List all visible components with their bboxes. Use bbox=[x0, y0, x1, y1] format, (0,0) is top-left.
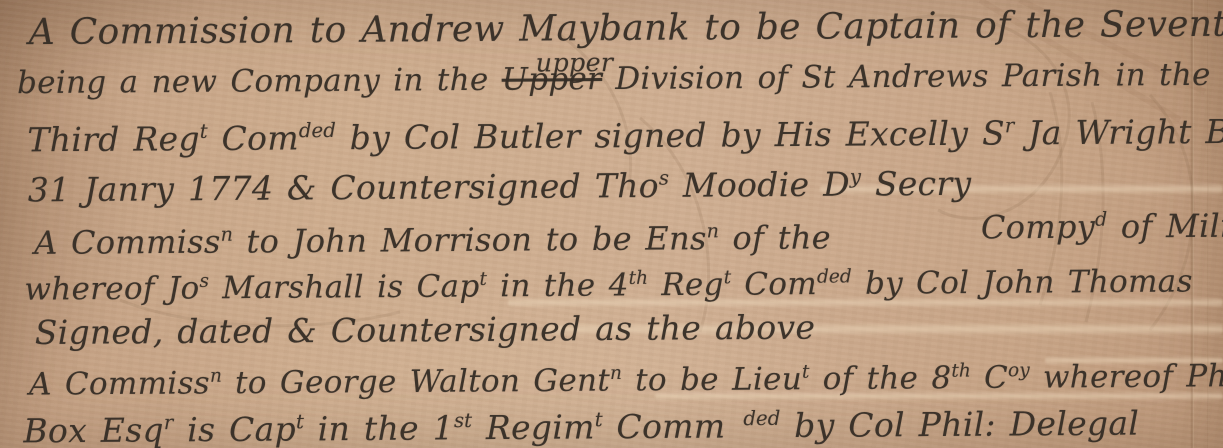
manuscript-line-6: whereof Jos Marshall is Capt in the 4th … bbox=[24, 252, 1193, 313]
handwriting-segment: by Col Phil: Delegal bbox=[780, 404, 1139, 446]
handwriting-segment: 31 Janry 1774 & Countersigned Tho bbox=[28, 166, 659, 209]
handwriting-segment: Reg bbox=[648, 267, 724, 304]
handwriting-segment: in the 1 bbox=[304, 408, 454, 448]
handwriting-segment: Marshall is Cap bbox=[209, 268, 480, 306]
handwriting-segment: Moodie D bbox=[669, 165, 850, 205]
superscript-abbreviation: r bbox=[164, 411, 174, 434]
superscript-abbreviation: y bbox=[850, 165, 861, 188]
manuscript-line-3: Third Regt Comded by Col Butler signed b… bbox=[27, 101, 1223, 163]
handwriting-segment: Signed, dated & Countersigned as the abo… bbox=[35, 308, 816, 352]
manuscript-line-9: Box Esqr is Capt in the 1st Regimt Commd… bbox=[23, 393, 1139, 448]
superscript-abbreviation: n bbox=[610, 363, 622, 384]
superscript-abbreviation: t bbox=[724, 267, 732, 288]
manuscript-page: A Commission to Andrew Maybank to be Cap… bbox=[0, 0, 1223, 448]
superscript-abbreviation: s bbox=[199, 271, 209, 292]
inline-correction: upperUpper bbox=[502, 56, 603, 103]
superscript-abbreviation: ded bbox=[743, 407, 780, 430]
superscript-abbreviation: n bbox=[210, 366, 222, 387]
handwriting-segment: by Col John Thomas bbox=[852, 263, 1193, 301]
manuscript-line-4: 31 Janry 1774 & Countersigned Thos Moodi… bbox=[28, 153, 972, 213]
manuscript-line-2: being a new Company in the upperUpper Di… bbox=[17, 52, 1211, 106]
handwriting-segment: C bbox=[971, 360, 1008, 396]
superscript-abbreviation: d bbox=[1095, 208, 1107, 231]
superscript-abbreviation: th bbox=[951, 360, 971, 381]
handwritten-text-block: A Commission to Andrew Maybank to be Cap… bbox=[0, 0, 1223, 448]
superscript-abbreviation: th bbox=[629, 268, 649, 289]
superscript-abbreviation: oy bbox=[1008, 360, 1030, 381]
handwriting-segment: Comm bbox=[603, 406, 726, 446]
handwriting-segment: Third Reg bbox=[27, 119, 200, 159]
superscript-abbreviation: n bbox=[707, 219, 720, 242]
handwriting-segment: Com bbox=[208, 118, 299, 158]
handwriting-segment: being a new Company in the bbox=[17, 62, 502, 101]
handwriting-segment: Com bbox=[731, 266, 817, 303]
superscript-abbreviation: st bbox=[454, 409, 472, 432]
superscript-abbreviation: t bbox=[296, 410, 304, 433]
handwriting-segment: Regim bbox=[472, 407, 595, 447]
superscript-abbreviation: s bbox=[659, 167, 669, 190]
manuscript-line-7: Signed, dated & Countersigned as the abo… bbox=[35, 305, 816, 356]
handwriting-segment: of the 8 bbox=[809, 360, 951, 397]
handwriting-segment: Secry bbox=[861, 164, 972, 204]
handwriting-segment: Division of St Andrews Parish in the bbox=[602, 57, 1211, 97]
handwriting-segment: whereof Jo bbox=[24, 270, 199, 307]
handwriting-segment: by Col Butler signed by His Excelly S bbox=[336, 114, 1005, 158]
handwriting-segment: to John Morrison to be Ens bbox=[233, 219, 707, 260]
handwriting-segment: is Cap bbox=[173, 409, 296, 448]
blank-space bbox=[831, 247, 981, 248]
manuscript-line-1: A Commission to Andrew Maybank to be Cap… bbox=[28, 2, 1223, 57]
handwriting-segment: to George Walton Gent bbox=[222, 363, 610, 402]
handwriting-segment: whereof Philip bbox=[1030, 358, 1223, 396]
superscript-abbreviation: ded bbox=[299, 119, 336, 142]
superscript-abbreviation: t bbox=[479, 269, 487, 290]
handwriting-segment: Ja Wright Bar bbox=[1014, 112, 1223, 153]
handwriting-segment: Compy bbox=[981, 208, 1095, 247]
handwriting-segment: A Commiss bbox=[34, 223, 221, 262]
superscript-abbreviation: ded bbox=[817, 266, 852, 287]
handwriting-segment: A Commiss bbox=[29, 365, 210, 402]
superscript-abbreviation: r bbox=[1005, 114, 1015, 137]
handwriting-segment: of Militia bbox=[1107, 206, 1223, 245]
handwriting-segment: in the 4 bbox=[487, 267, 629, 304]
handwriting-segment: to be Lieu bbox=[622, 361, 802, 398]
handwriting-segment: Box Esq bbox=[23, 410, 164, 448]
handwriting-segment: A Commission to Andrew Maybank to be Cap… bbox=[29, 4, 1223, 54]
superscript-abbreviation: n bbox=[220, 223, 233, 246]
inserted-word-above: upper bbox=[536, 39, 614, 86]
handwriting-segment: of the bbox=[719, 218, 831, 257]
